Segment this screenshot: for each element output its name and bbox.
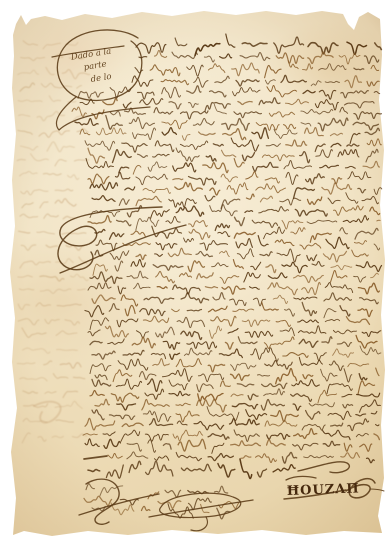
script-line: [143, 411, 171, 422]
script-line: [109, 415, 134, 420]
script-line: [260, 196, 272, 202]
script-line: [375, 43, 382, 50]
script-line: [360, 346, 381, 355]
bleed-line: [21, 190, 48, 195]
script-line: [155, 50, 167, 57]
script-line: [328, 198, 340, 204]
bleed-line: [77, 86, 82, 89]
script-line: [303, 90, 315, 93]
script-line: [237, 384, 254, 387]
script-line: [307, 255, 317, 261]
script-line: [342, 394, 352, 396]
bleed-line: [40, 289, 70, 293]
script-line: [222, 150, 236, 157]
script-line: [300, 152, 310, 163]
script-line: [242, 43, 267, 46]
script-line: [169, 380, 188, 390]
script-line: [129, 117, 154, 128]
script-line: [178, 439, 206, 451]
script-line: [121, 430, 140, 441]
bleed-line: [18, 100, 42, 102]
script-line: [234, 112, 262, 118]
script-line: [356, 262, 381, 272]
script-line: [110, 233, 124, 240]
script-line: [324, 309, 336, 318]
script-line: [136, 43, 166, 53]
script-line: [252, 220, 277, 227]
script-line: [222, 119, 250, 131]
script-line: [307, 220, 337, 223]
bleed-line: [46, 245, 57, 247]
script-line: [88, 216, 111, 224]
script-line: [268, 283, 298, 295]
script-line: [197, 384, 214, 392]
script-line: [319, 90, 336, 99]
script-line: [148, 162, 167, 171]
script-line: [86, 484, 94, 490]
bleed-line: [18, 70, 39, 74]
bleed-line: [43, 43, 61, 49]
script-line: [323, 251, 346, 262]
bleed-line: [38, 437, 46, 442]
script-line: [237, 249, 254, 259]
script-line: [155, 141, 174, 152]
script-line: [319, 64, 347, 71]
script-line: [139, 57, 147, 58]
script-line: [291, 228, 305, 234]
script-line: [281, 75, 306, 82]
script-line: [299, 339, 318, 347]
script-line: [314, 353, 326, 361]
script-line: [348, 172, 371, 180]
script-line: [291, 394, 312, 402]
bleed-line: [22, 433, 30, 443]
script-line: [331, 423, 343, 426]
bleed-line: [49, 96, 60, 101]
script-line: [230, 299, 247, 306]
script-line: [125, 305, 135, 315]
script-line: [238, 101, 252, 104]
script-line: [358, 188, 366, 193]
script-line: [371, 65, 379, 70]
script-line: [106, 116, 123, 130]
bleed-line: [52, 436, 63, 437]
script-line: [156, 271, 175, 282]
script-line: [180, 141, 208, 150]
script-line: [232, 63, 260, 76]
script-line: [146, 461, 173, 476]
script-line: [231, 138, 259, 151]
script-line: [162, 87, 181, 98]
script-line: [340, 228, 348, 234]
script-line: [187, 310, 201, 311]
bleed-line: [53, 374, 67, 379]
script-line: [84, 496, 112, 505]
script-line: [264, 389, 285, 396]
script-line: [233, 309, 254, 311]
script-line: [242, 153, 254, 161]
script-line: [125, 187, 135, 190]
script-line: [303, 64, 313, 70]
script-line: [140, 98, 163, 104]
script-line: [189, 177, 217, 186]
script-line: [259, 207, 289, 213]
script-line: [83, 434, 97, 436]
script-line: [262, 383, 287, 388]
script-line: [163, 444, 171, 449]
script-line: [231, 363, 256, 370]
script-line: [265, 360, 293, 369]
script-line: [280, 198, 301, 205]
bleed-line: [45, 392, 56, 394]
bleed-line: [19, 231, 30, 233]
signature-block: ĦOUZΛΠ: [287, 481, 360, 499]
script-line: [187, 86, 201, 94]
script-line: [261, 400, 284, 411]
script-line: [286, 140, 307, 146]
script-line: [117, 404, 136, 410]
script-line: [301, 123, 311, 126]
script-line: [151, 210, 170, 219]
script-line: [301, 109, 333, 114]
script-line: [354, 276, 366, 282]
script-line: [309, 403, 334, 407]
script-line: [145, 434, 168, 441]
script-line: [259, 98, 280, 105]
script-line: [248, 394, 258, 400]
script-line: [276, 369, 297, 384]
script-line: [163, 369, 193, 382]
script-line: [312, 261, 324, 266]
script-line: [161, 80, 189, 85]
script-line: [181, 331, 202, 339]
script-line: [103, 432, 115, 436]
script-line: [360, 444, 372, 451]
bleed-line: [44, 173, 62, 175]
script-line: [118, 359, 148, 370]
bleed-line: [57, 349, 78, 350]
script-line: [108, 339, 125, 344]
script-line: [333, 330, 356, 334]
script-line: [90, 390, 104, 395]
script-line: [136, 217, 159, 230]
scan-background: Dado a la parte de lo ĦOUZΛΠ: [0, 0, 392, 550]
bleed-line: [71, 274, 89, 280]
script-line: [153, 359, 170, 366]
script-line: [246, 194, 254, 199]
script-line: [92, 295, 115, 303]
script-line: [188, 261, 205, 272]
script-line: [266, 265, 276, 273]
script-line: [210, 326, 222, 338]
script-line: [276, 53, 304, 64]
script-line: [230, 418, 260, 425]
script-line: [347, 42, 367, 54]
script-line: [360, 400, 381, 412]
script-line: [129, 461, 141, 472]
script-line: [370, 207, 380, 215]
script-line: [210, 205, 238, 216]
script-line: [252, 128, 269, 139]
script-line: [338, 149, 359, 157]
script-line: [240, 459, 252, 478]
script-line: [367, 458, 375, 463]
script-line: [277, 249, 300, 262]
script-line: [354, 68, 364, 70]
script-line: [374, 91, 380, 93]
script-line: [298, 326, 326, 334]
script-line: [150, 419, 173, 426]
bleed-line: [18, 304, 29, 309]
script-line: [155, 254, 163, 256]
script-line: [90, 341, 102, 344]
script-line: [257, 469, 266, 477]
script-line: [213, 144, 223, 146]
script-line: [173, 285, 201, 294]
script-line: [138, 92, 155, 99]
center-signature-tail: [191, 517, 207, 531]
script-line: [316, 150, 333, 158]
script-line: [176, 411, 199, 422]
script-line: [85, 418, 115, 430]
left-loop-diagonal: [60, 225, 186, 273]
script-line: [139, 371, 156, 379]
script-line: [189, 229, 210, 239]
script-line: [376, 368, 379, 376]
script-line: [105, 326, 128, 337]
script-line: [131, 231, 145, 236]
script-line: [245, 331, 273, 337]
script-line: [200, 241, 228, 251]
bleed-line: [22, 328, 46, 337]
script-line: [104, 439, 121, 448]
script-line: [235, 217, 245, 225]
script-line: [371, 411, 377, 414]
script-line: [221, 174, 238, 182]
closing-dash: [84, 456, 107, 459]
script-line: [179, 273, 191, 277]
script-line: [359, 374, 367, 380]
script-line: [246, 172, 258, 179]
script-line: [132, 337, 155, 348]
script-line: [265, 80, 275, 84]
script-line: [334, 206, 364, 216]
script-line: [234, 232, 255, 238]
script-line: [294, 428, 317, 438]
script-line: [210, 188, 220, 195]
bleed-line: [44, 361, 52, 365]
script-line: [113, 370, 132, 382]
script-line: [294, 275, 324, 282]
script-line: [274, 37, 304, 53]
script-line: [262, 155, 294, 161]
script-line: [306, 174, 325, 184]
script-line: [212, 263, 229, 267]
bleed-line: [36, 303, 50, 306]
bleed-line: [40, 276, 64, 281]
script-line: [134, 283, 151, 288]
bleed-line: [23, 348, 50, 353]
script-line: [357, 393, 380, 397]
script-line: [228, 329, 238, 334]
bleed-line: [45, 319, 59, 323]
script-line: [197, 273, 214, 279]
script-line: [206, 156, 216, 162]
script-line: [116, 379, 141, 389]
bleed-line: [21, 245, 35, 250]
bleed-line: [20, 83, 34, 91]
script-line: [293, 443, 318, 450]
script-line: [346, 193, 358, 204]
script-line: [172, 52, 197, 58]
script-line: [264, 337, 294, 348]
script-line: [176, 359, 201, 367]
script-line: [305, 128, 324, 136]
script-line: [85, 141, 115, 151]
script-line: [231, 374, 250, 380]
script-line: [154, 108, 173, 114]
script-line: [302, 282, 321, 294]
script-line: [302, 302, 316, 315]
script-line: [286, 172, 298, 184]
script-line: [194, 77, 208, 87]
script-line: [325, 81, 339, 82]
script-line: [169, 199, 197, 208]
script-line: [367, 81, 379, 86]
script-line: [341, 91, 369, 98]
script-line: [329, 361, 343, 371]
script-line: [214, 104, 226, 113]
script-line: [251, 348, 279, 361]
script-line: [150, 65, 180, 76]
script-line: [321, 369, 338, 381]
script-line: [352, 250, 369, 257]
script-line: [325, 319, 339, 321]
script-line: [265, 421, 297, 427]
script-line: [345, 76, 362, 88]
bleedthrough-text: [17, 41, 89, 443]
script-line: [356, 335, 377, 348]
script-line: [294, 297, 317, 300]
script-line: [311, 81, 321, 86]
script-line: [374, 434, 380, 440]
script-line: [323, 430, 351, 440]
script-line: [241, 456, 251, 459]
script-line: [208, 306, 227, 312]
script-line: [215, 486, 228, 493]
script-line: [333, 349, 354, 357]
script-line: [166, 216, 180, 223]
script-line: [145, 389, 164, 399]
script-line: [240, 53, 270, 61]
script-line: [189, 221, 208, 227]
script-line: [337, 342, 351, 346]
script-line: [121, 295, 138, 306]
script-line: [280, 328, 294, 336]
script-line: [223, 129, 246, 140]
script-line: [198, 394, 223, 402]
script-line: [181, 111, 209, 119]
script-line: [308, 197, 322, 204]
script-line: [322, 337, 332, 343]
script-line: [90, 364, 111, 374]
bleed-line: [47, 142, 74, 152]
bleed-line: [20, 171, 38, 175]
script-line: [294, 188, 315, 199]
script-line: [339, 54, 360, 64]
script-line: [276, 320, 290, 326]
script-line: [176, 206, 204, 216]
script-line: [152, 226, 182, 238]
script-line: [143, 316, 168, 323]
script-line: [325, 283, 353, 293]
bleed-line: [63, 216, 74, 218]
bleed-line: [23, 391, 37, 393]
script-line: [343, 404, 353, 408]
script-line: [233, 87, 261, 95]
script-line: [181, 293, 209, 303]
script-line: [358, 309, 372, 317]
script-line: [227, 183, 248, 194]
script-line: [256, 454, 277, 463]
script-line: [127, 443, 141, 451]
script-line: [341, 453, 360, 459]
script-line: [92, 410, 104, 420]
script-line: [153, 154, 170, 157]
script-line: [236, 80, 259, 86]
script-line: [284, 124, 296, 129]
script-line: [268, 273, 287, 279]
script-line: [298, 320, 319, 323]
script-line: [326, 237, 349, 248]
bleed-line: [17, 363, 35, 364]
bleed-line: [55, 189, 73, 191]
script-line: [85, 306, 104, 317]
script-line: [318, 118, 348, 131]
script-line: [133, 128, 156, 140]
script-line: [140, 309, 165, 316]
script-line: [226, 34, 235, 47]
script-line: [347, 144, 359, 146]
script-line: [136, 254, 146, 259]
script-line: [371, 273, 379, 278]
script-line: [138, 154, 148, 157]
script-line: [344, 102, 374, 108]
script-line: [199, 132, 216, 135]
script-line: [273, 295, 287, 303]
script-line: [131, 260, 145, 267]
bleed-line: [18, 276, 32, 278]
script-line: [88, 148, 105, 163]
script-line: [204, 56, 214, 62]
script-line: [122, 143, 147, 152]
script-line: [282, 262, 307, 273]
script-line: [136, 174, 168, 185]
script-line: [172, 309, 180, 311]
script-line: [242, 320, 269, 327]
script-line: [122, 423, 143, 426]
script-line: [116, 172, 130, 179]
script-line: [212, 443, 224, 453]
script-line: [282, 452, 296, 463]
script-line: [95, 375, 107, 380]
script-line: [233, 260, 243, 269]
script-line: [354, 241, 366, 245]
bleed-line: [44, 214, 58, 218]
script-line: [324, 293, 352, 301]
script-line: [295, 209, 327, 216]
script-line: [322, 183, 352, 194]
